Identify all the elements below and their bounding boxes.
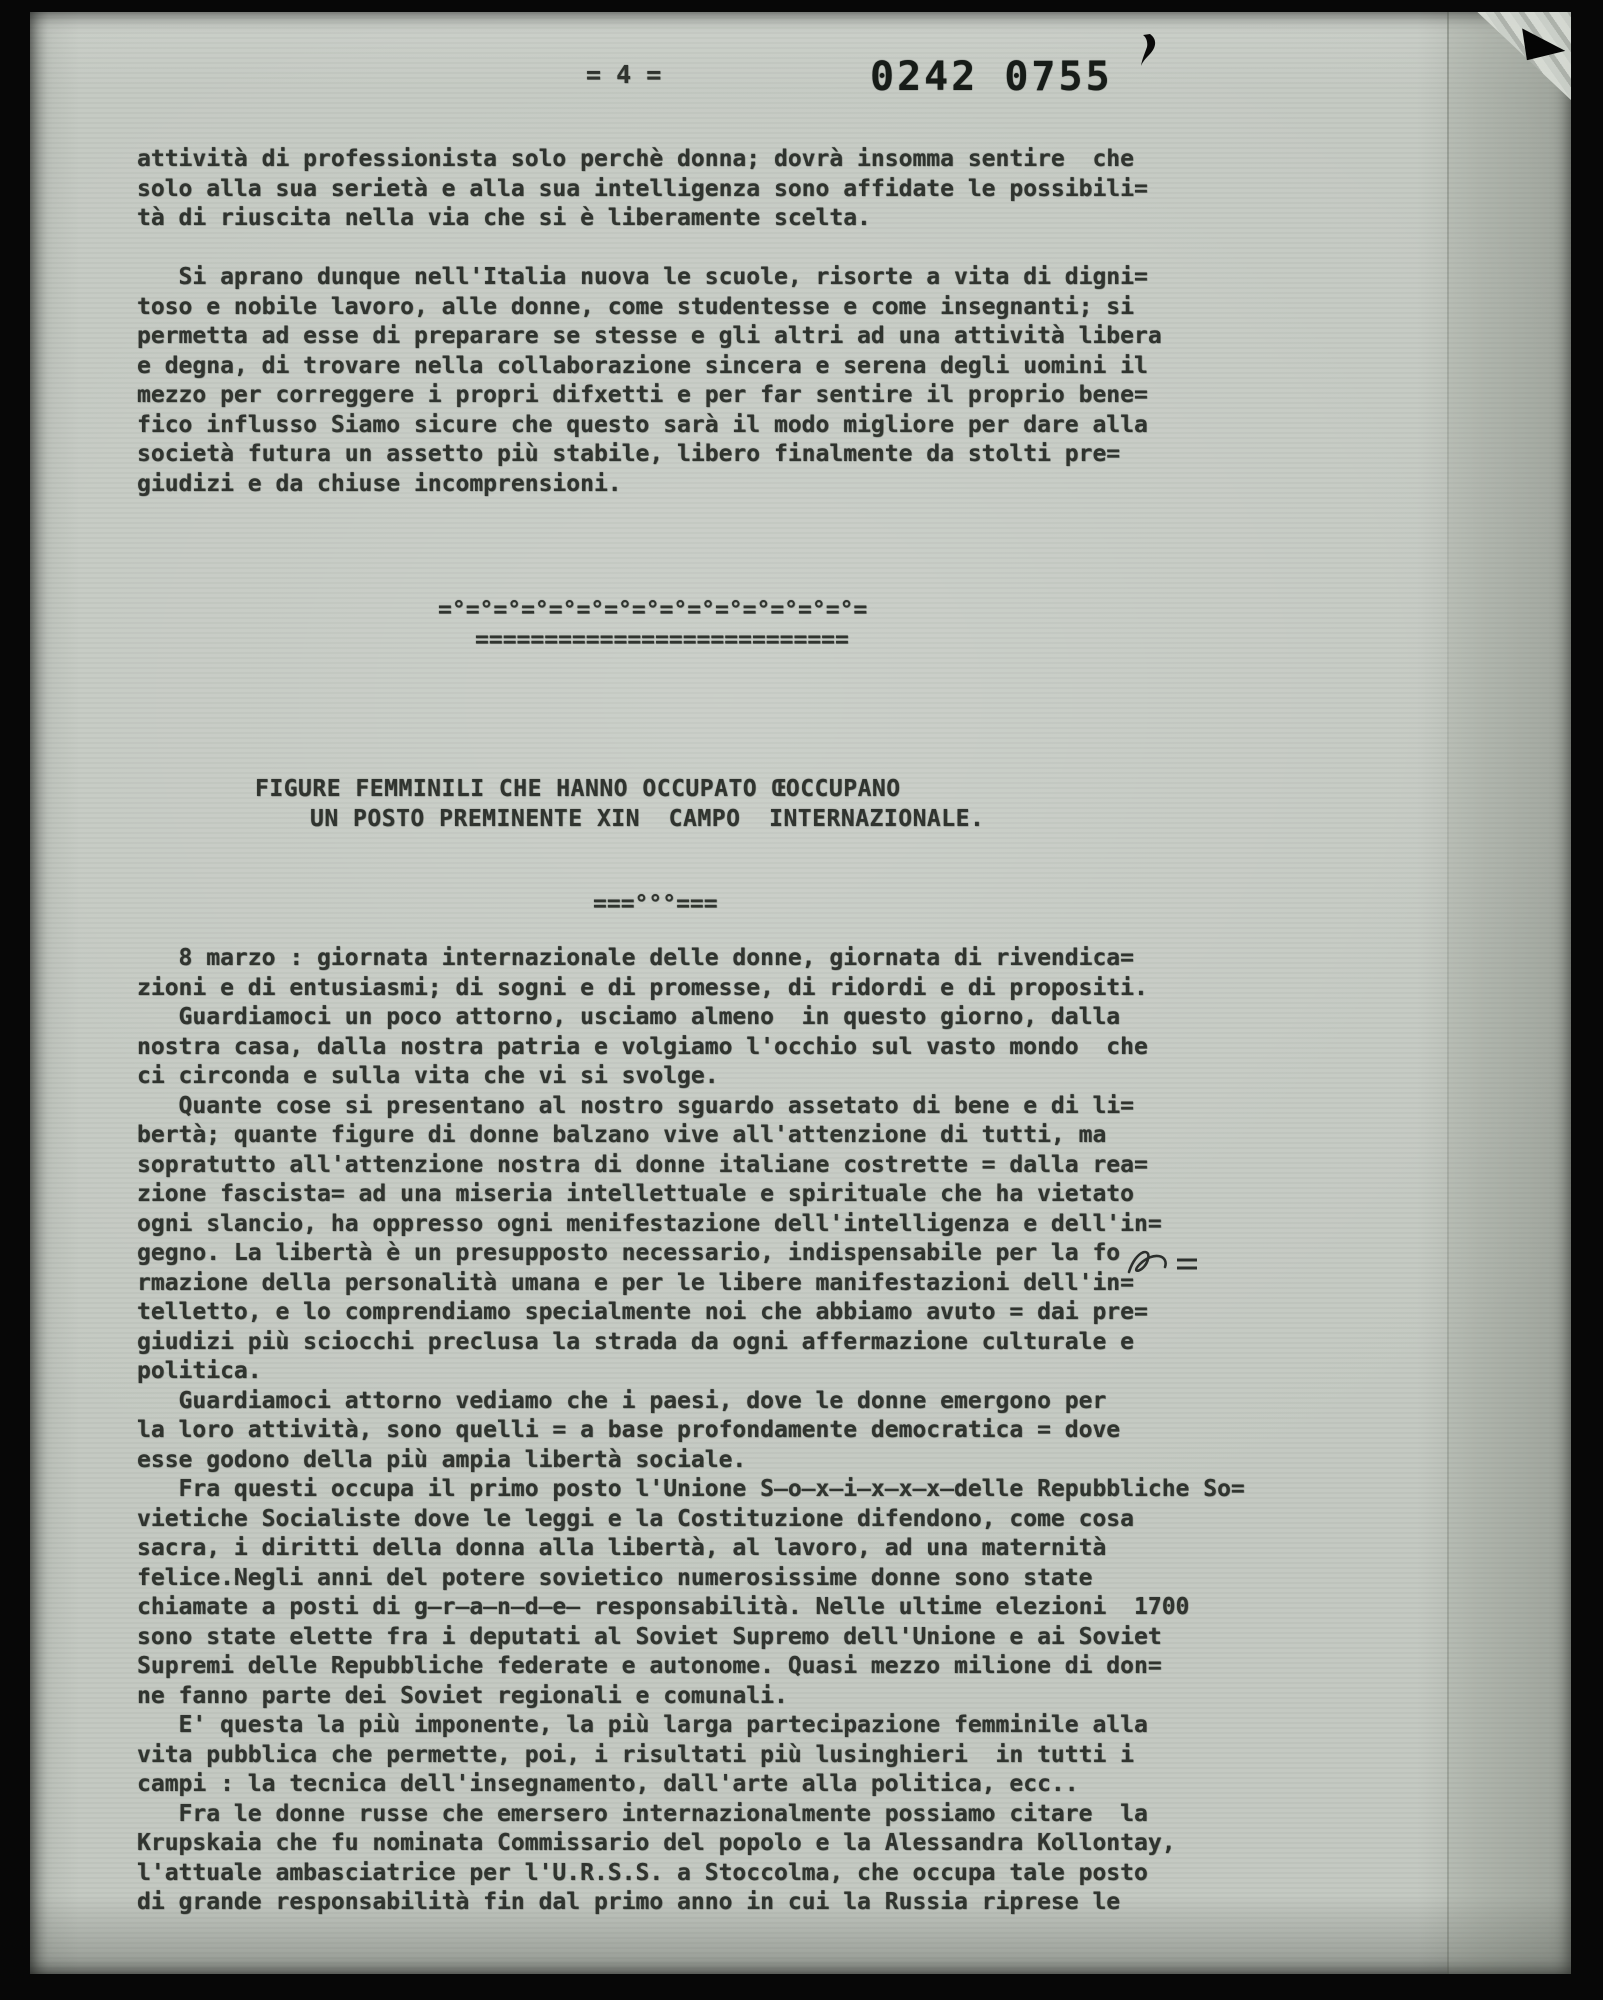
section-title-line-1: FIGURE FEMMINILI CHE HANNO OCCUPATO ŒOCC… bbox=[255, 775, 901, 805]
body-paragraph-2: Guardiamoci un poco attorno, usciamo alm… bbox=[137, 1003, 1245, 1092]
body-paragraph-4: Guardiamoci attorno vediamo che i paesi,… bbox=[137, 1387, 1245, 1476]
ink-blot-mark bbox=[1137, 33, 1159, 67]
body-paragraph-1: 8 marzo : giornata internazionale delle … bbox=[137, 944, 1245, 1003]
intro-paragraph-1: attività di professionista solo perchè d… bbox=[137, 145, 1148, 234]
document-page: = 4 = 0242 0755 attività di professionis… bbox=[30, 12, 1571, 1974]
body-paragraph-3: Quante cose si presentano al nostro sgua… bbox=[137, 1092, 1245, 1387]
body-text-block: 8 marzo : giornata internazionale delle … bbox=[137, 944, 1245, 1918]
ornament-divider: =°=°=°=°=°=°=°=°=°=°=°=°=°=°=°= bbox=[438, 596, 867, 626]
archive-stamp-right: 0755 bbox=[1004, 54, 1112, 100]
page-number: = 4 = bbox=[586, 60, 661, 90]
body-paragraph-6: E' questa la più imponente, la più larga… bbox=[137, 1711, 1245, 1800]
body-paragraph-7: Fra le donne russe che emersero internaz… bbox=[137, 1800, 1245, 1918]
double-line-divider: =========================== bbox=[475, 626, 849, 656]
document-scan-background: = 4 = 0242 0755 attività di professionis… bbox=[0, 0, 1603, 2000]
intro-paragraph-2: Si aprano dunque nell'Italia nuova le sc… bbox=[137, 263, 1162, 499]
handwritten-correction-mark bbox=[1123, 1242, 1209, 1284]
right-edge-shading bbox=[1449, 12, 1571, 1974]
section-title-line-2: UN POSTO PREMINENTE XIN CAMPO INTERNAZIO… bbox=[310, 805, 984, 835]
body-paragraph-5: Fra questi occupa il primo posto l'Union… bbox=[137, 1475, 1245, 1711]
archive-stamp: 0242 0755 bbox=[870, 54, 1113, 100]
archive-stamp-left: 0242 bbox=[870, 54, 978, 100]
small-ornament-divider: ===°°°=== bbox=[593, 890, 718, 920]
